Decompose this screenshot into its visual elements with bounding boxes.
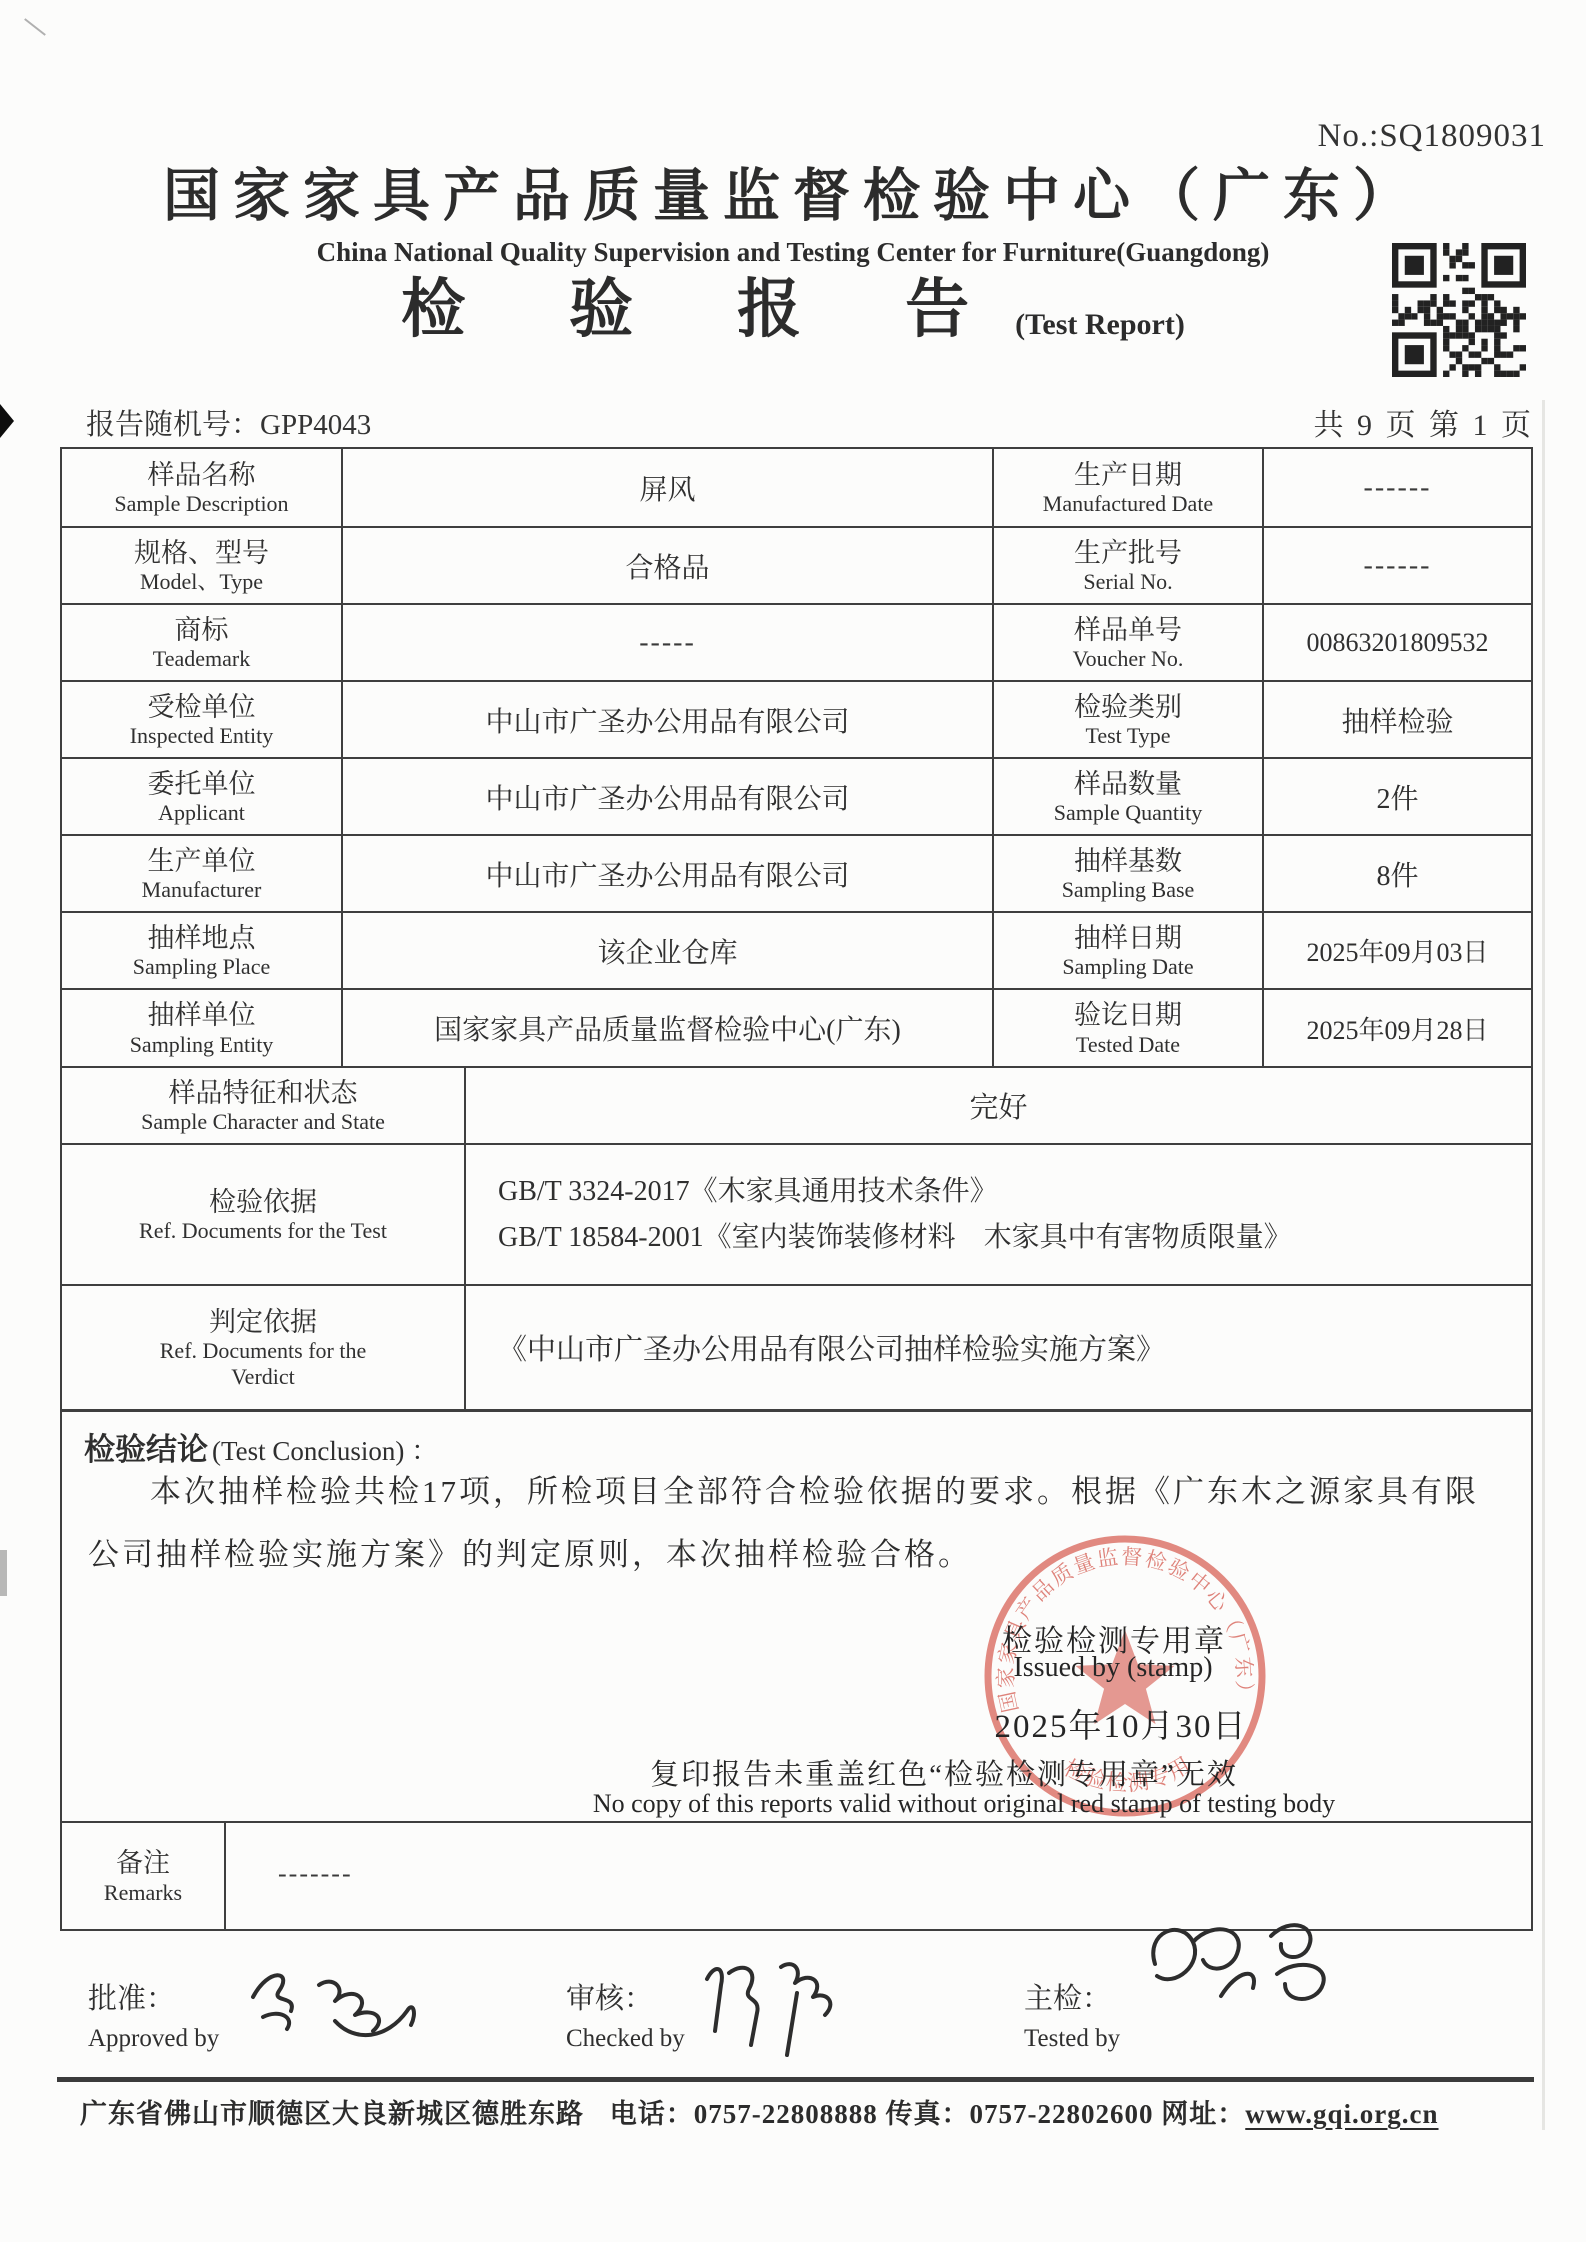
value-manufacturer: 中山市广圣办公用品有限公司 xyxy=(341,836,992,911)
org-title-cn: 国家家具产品质量监督检验中心（广东） xyxy=(0,150,1586,232)
report-info-table: 样品名称Sample Description 屏风 生产日期Manufactur… xyxy=(60,447,1533,1931)
label-tested-date: 验讫日期Tested Date xyxy=(992,990,1262,1066)
value-inspected-entity: 中山市广圣办公用品有限公司 xyxy=(341,682,992,757)
checker-signature xyxy=(685,1945,865,2065)
value-applicant: 中山市广圣办公用品有限公司 xyxy=(341,759,992,834)
value-sample-description: 屏风 xyxy=(341,449,992,526)
footer-contact: 广东省佛山市顺德区大良新城区德胜东路 电话：0757-22808888 传真：0… xyxy=(80,2092,1439,2131)
pagination: 共 9 页 第 1 页 xyxy=(1314,400,1535,444)
label-sampling-entity: 抽样单位Sampling Entity xyxy=(62,990,341,1066)
label-verdict-ref: 判定依据 Ref. Documents for the Verdict xyxy=(62,1286,464,1409)
table-row: 抽样单位Sampling Entity 国家家具产品质量监督检验中心(广东) 验… xyxy=(62,988,1531,1066)
table-row: 委托单位Applicant 中山市广圣办公用品有限公司 样品数量Sample Q… xyxy=(62,757,1531,834)
table-row: 商标Teademark ----- 样品单号Voucher No. 008632… xyxy=(62,603,1531,680)
tester-signature xyxy=(1125,1900,1355,2040)
footer-tel: 电话：0757-22808888 xyxy=(610,2099,878,2129)
conclusion-section: 检验结论 (Test Conclusion) ： 本次抽样检验共检17项，所检项… xyxy=(62,1409,1531,1821)
report-random-label: 报告随机号： xyxy=(86,409,260,441)
copy-notice-en: No copy of this reports valid without or… xyxy=(593,1789,1335,1819)
label-trademark: 商标Teademark xyxy=(62,605,341,680)
checked-by-label: 审核： Checked by xyxy=(566,1976,685,2053)
label-manufactured-date: 生产日期Manufactured Date xyxy=(992,449,1262,526)
value-test-type: 抽样检验 xyxy=(1262,682,1531,757)
label-voucher-no: 样品单号Voucher No. xyxy=(992,605,1262,680)
scan-artifact xyxy=(0,404,14,438)
tested-by-label: 主检： Tested by xyxy=(1024,1976,1120,2053)
footer-fax: 传真：0757-22802600 xyxy=(886,2099,1154,2129)
value-tested-date: 2025年09月28日 xyxy=(1262,990,1531,1066)
value-sample-state: 完好 xyxy=(464,1068,1531,1143)
issue-date: 2025年10月30日 xyxy=(995,1700,1248,1747)
footer-url: www.gqi.org.cn xyxy=(1245,2099,1438,2129)
label-test-type: 检验类别Test Type xyxy=(992,682,1262,757)
report-title-cn: 检 验 报 告 xyxy=(401,258,1013,350)
label-sampling-base: 抽样基数Sampling Base xyxy=(992,836,1262,911)
report-title-en: (Test Report) xyxy=(1015,308,1185,342)
label-inspected-entity: 受检单位Inspected Entity xyxy=(62,682,341,757)
label-remarks: 备注Remarks xyxy=(62,1823,224,1929)
label-applicant: 委托单位Applicant xyxy=(62,759,341,834)
label-sample-quantity: 样品数量Sample Quantity xyxy=(992,759,1262,834)
label-manufacturer: 生产单位Manufacturer xyxy=(62,836,341,911)
table-row-sample-state: 样品特征和状态Sample Character and State 完好 xyxy=(62,1066,1531,1143)
label-sampling-date: 抽样日期Sampling Date xyxy=(992,913,1262,988)
table-row: 生产单位Manufacturer 中山市广圣办公用品有限公司 抽样基数Sampl… xyxy=(62,834,1531,911)
table-row-test-ref: 检验依据Ref. Documents for the Test GB/T 332… xyxy=(62,1143,1531,1284)
table-row-verdict-ref: 判定依据 Ref. Documents for the Verdict 《中山市… xyxy=(62,1284,1531,1409)
value-model-type: 合格品 xyxy=(341,528,992,603)
value-test-ref: GB/T 3324-2017《木家具通用技术条件》 GB/T 18584-200… xyxy=(464,1145,1531,1284)
copy-notice-cn: 复印报告未重盖红色“检验检测专用章”无效 xyxy=(650,1752,1238,1793)
value-sampling-entity: 国家家具产品质量监督检验中心(广东) xyxy=(341,990,992,1066)
table-row: 抽样地点Sampling Place 该企业仓库 抽样日期Sampling Da… xyxy=(62,911,1531,988)
footer-rule xyxy=(57,2077,1534,2082)
test-ref-line-2: GB/T 18584-2001《室内装饰装修材料 木家具中有害物质限量》 xyxy=(498,1215,1292,1261)
approved-by-label: 批准： Approved by xyxy=(88,1976,219,2053)
value-voucher-no: 00863201809532 xyxy=(1262,605,1531,680)
report-title: 检 验 报 告 (Test Report) xyxy=(0,270,1586,350)
footer-web-label: 网址： xyxy=(1161,2099,1245,2129)
label-sampling-place: 抽样地点Sampling Place xyxy=(62,913,341,988)
footer-address: 广东省佛山市顺德区大良新城区德胜东路 xyxy=(80,2099,584,2129)
label-sample-state: 样品特征和状态Sample Character and State xyxy=(62,1068,464,1143)
stamp-caption-en: Issued by (stamp) xyxy=(1013,1652,1212,1684)
value-serial-no: ------ xyxy=(1262,528,1531,603)
value-trademark: ----- xyxy=(341,605,992,680)
scan-artifact xyxy=(0,1550,7,1596)
value-sampling-place: 该企业仓库 xyxy=(341,913,992,988)
report-random-number: 报告随机号：GPP4043 xyxy=(86,402,371,443)
test-report-page: No.:SQ1809031 国家家具产品质量监督检验中心（广东） China N… xyxy=(0,0,1586,2242)
label-sample-description: 样品名称Sample Description xyxy=(62,449,341,526)
value-sampling-base: 8件 xyxy=(1262,836,1531,911)
table-row: 样品名称Sample Description 屏风 生产日期Manufactur… xyxy=(62,449,1531,526)
test-ref-line-1: GB/T 3324-2017《木家具通用技术条件》 xyxy=(498,1169,998,1215)
value-sampling-date: 2025年09月03日 xyxy=(1262,913,1531,988)
value-manufactured-date: ------ xyxy=(1262,449,1531,526)
qr-code xyxy=(1392,243,1526,377)
label-serial-no: 生产批号Serial No. xyxy=(992,528,1262,603)
table-row: 受检单位Inspected Entity 中山市广圣办公用品有限公司 检验类别T… xyxy=(62,680,1531,757)
label-model-type: 规格、型号Model、Type xyxy=(62,528,341,603)
paper-edge-shadow xyxy=(1542,400,1545,2130)
table-row: 规格、型号Model、Type 合格品 生产批号Serial No. -----… xyxy=(62,526,1531,603)
value-sample-quantity: 2件 xyxy=(1262,759,1531,834)
report-random-value: GPP4043 xyxy=(260,409,371,441)
conclusion-body: 本次抽样检验共检17项，所检项目全部符合检验依据的要求。根据《广东木之源家具有限… xyxy=(88,1460,1504,1586)
value-verdict-ref: 《中山市广圣办公用品有限公司抽样检验实施方案》 xyxy=(464,1286,1531,1409)
approver-signature xyxy=(235,1955,435,2050)
scan-artifact xyxy=(24,18,46,36)
label-test-ref: 检验依据Ref. Documents for the Test xyxy=(62,1145,464,1284)
